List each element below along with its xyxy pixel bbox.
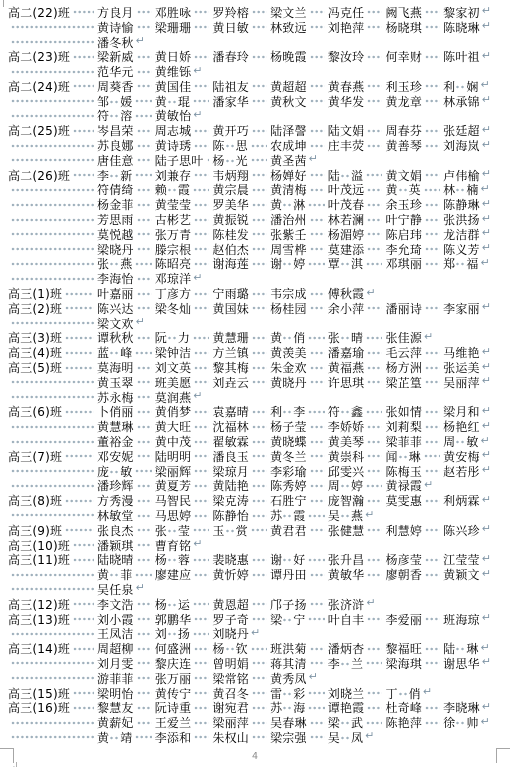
- space-dots: [11, 658, 94, 670]
- space-dots: [282, 198, 293, 210]
- space-dots: [137, 52, 152, 64]
- space-dots: [135, 570, 151, 582]
- space-dots: [11, 67, 94, 79]
- class-label-slot: 高二(25)班: [8, 122, 97, 139]
- name-slot: 黄颖文↵: [443, 566, 491, 583]
- space-dots: [282, 553, 293, 565]
- space-dots: [282, 613, 293, 625]
- space-dots: [11, 229, 94, 241]
- line-break-icon: ↵: [193, 65, 202, 77]
- student-name: 余小萍: [328, 300, 365, 317]
- space-dots: [310, 451, 325, 463]
- space-dots: [137, 422, 152, 434]
- space-dots: [137, 289, 152, 301]
- space-dots: [137, 229, 152, 241]
- space-dots: [194, 570, 209, 582]
- line-break-icon: ↵: [482, 612, 491, 624]
- space-dots: [137, 437, 152, 449]
- space-dots: [137, 703, 152, 715]
- line-break-icon: ↵: [482, 94, 491, 106]
- class-label-slot: [8, 153, 97, 167]
- space-dots: [310, 229, 325, 241]
- space-dots: [137, 629, 152, 641]
- space-dots: [425, 170, 440, 182]
- text-row: 高三(3)班谭秋秋阮力黄慧珊黄俏张晴张佳源↵: [0, 331, 510, 346]
- student-name: 朱权山: [212, 729, 249, 746]
- space-dots: [194, 422, 209, 434]
- space-dots: [455, 183, 466, 195]
- space-dots: [137, 658, 152, 670]
- space-dots: [137, 599, 152, 611]
- space-dots: [135, 111, 151, 123]
- name-slot: 利慧婷: [385, 522, 443, 539]
- space-dots: [137, 481, 152, 493]
- student-name: 覃淇: [328, 255, 363, 272]
- class-label-slot: [8, 508, 97, 522]
- line-break-icon: ↵: [482, 464, 491, 476]
- space-dots: [194, 141, 209, 153]
- student-name: 黄君君: [270, 522, 307, 539]
- name-slot: 黄晓丹: [270, 374, 328, 391]
- name-slot: 谢海莲: [212, 255, 270, 272]
- class-label-slot: [8, 420, 97, 434]
- space-dots: [367, 555, 382, 567]
- space-dots: [137, 644, 152, 656]
- line-break-icon: ↵: [136, 582, 145, 594]
- space-dots: [194, 259, 209, 271]
- name-slot: 刘垚云: [212, 374, 270, 391]
- space-dots: [425, 126, 440, 138]
- space-dots: [137, 215, 152, 227]
- space-dots: [425, 437, 440, 449]
- text-row: 高二(26)班李新刘兼存韦炳翔杨婵好陆溢黄文娟卢伟榆↵: [0, 168, 510, 183]
- line-break-icon: ↵: [482, 523, 491, 535]
- class-label-slot: 高三(16)班: [8, 699, 97, 716]
- text-row: 黄靖李添和朱权山梁宗强吴凤↵: [0, 730, 510, 745]
- space-dots: [252, 244, 267, 256]
- name-slot: 谢思华↵: [443, 655, 491, 672]
- space-dots: [194, 511, 209, 523]
- space-dots: [367, 81, 382, 93]
- text-row: 高二(22)班方良月邓胜咏罗羚榕梁文兰冯克任阙飞燕黎家初↵: [0, 5, 510, 20]
- space-dots: [73, 614, 94, 626]
- space-dots: [109, 568, 120, 580]
- line-break-icon: ↵: [482, 375, 491, 387]
- name-slot: 杨桂园: [270, 300, 328, 317]
- name-slot: 李兰: [328, 655, 386, 672]
- space-dots: [73, 555, 94, 567]
- space-dots: [65, 333, 94, 345]
- text-row: 高二(25)班岑昌荣周志城黄开巧陆泽謦陆文娟周春芬张廷超↵: [0, 123, 510, 138]
- class-label-slot: 高二(26)班: [8, 167, 97, 184]
- space-dots: [109, 465, 120, 477]
- student-name: 谢思华: [443, 655, 480, 672]
- space-dots: [193, 629, 209, 641]
- space-dots: [252, 126, 267, 138]
- space-dots: [366, 481, 382, 493]
- name-slot: 廖建应: [155, 566, 213, 583]
- name-slot: 潘春玲: [212, 48, 270, 65]
- class-label-slot: [8, 242, 97, 256]
- space-dots: [65, 363, 94, 375]
- space-dots: [109, 731, 120, 743]
- class-label: 高三(11)班: [8, 551, 70, 568]
- space-dots: [225, 139, 236, 151]
- space-dots: [193, 185, 209, 197]
- student-name: 梁冬灿: [155, 300, 192, 317]
- space-dots: [252, 732, 267, 744]
- space-dots: [135, 348, 151, 360]
- class-label: 高二(22)班: [8, 4, 70, 21]
- space-dots: [310, 570, 325, 582]
- name-slot: 陈兴珍↵: [443, 522, 491, 539]
- space-dots: [252, 81, 267, 93]
- space-dots: [194, 126, 209, 138]
- space-dots: [252, 52, 267, 64]
- class-label: 高三(2)班: [8, 300, 62, 317]
- name-slot: 叶自丰: [328, 611, 386, 628]
- space-dots: [65, 303, 94, 315]
- space-dots: [367, 229, 382, 241]
- class-label: 高二(26)班: [8, 167, 70, 184]
- space-dots: [425, 22, 440, 34]
- class-label-slot: 高三(5)班: [8, 359, 97, 376]
- student-name: 吴凤: [328, 729, 363, 746]
- space-dots: [367, 22, 382, 34]
- line-break-icon: ↵: [482, 213, 491, 225]
- line-break-icon: ↵: [424, 331, 433, 343]
- space-dots: [310, 303, 325, 315]
- space-dots: [310, 525, 325, 537]
- space-dots: [167, 598, 178, 610]
- name-slot: 杨晚霞: [270, 48, 328, 65]
- space-dots: [11, 481, 94, 493]
- name-slot: 黄华发: [328, 93, 386, 110]
- space-dots: [109, 346, 120, 358]
- space-dots: [252, 673, 267, 685]
- student-name: 杨晚霞: [270, 48, 307, 65]
- space-dots: [11, 259, 94, 271]
- name-slot: 陈艳萍: [385, 714, 443, 731]
- line-break-icon: ↵: [482, 553, 491, 565]
- space-dots: [455, 257, 466, 269]
- space-dots: [167, 95, 178, 107]
- class-label-slot: 高三(14)班: [8, 640, 97, 657]
- text-row: 高三(14)班周超柳何盛洲杨钦班洪菊潘炳杏黎福旺陆琳↵: [0, 641, 510, 656]
- space-dots: [252, 259, 267, 271]
- student-name: 黄忻婷: [212, 566, 249, 583]
- space-dots: [425, 525, 440, 537]
- space-dots: [340, 257, 351, 269]
- student-name: 叶自丰: [328, 611, 365, 628]
- student-name: 林致远: [270, 19, 307, 36]
- space-dots: [252, 96, 267, 108]
- space-dots: [398, 450, 409, 462]
- class-label-slot: [8, 568, 97, 582]
- space-dots: [252, 170, 267, 182]
- text-row: 莫悦越张万青陈桂发张紫壬杨湄婷陈启玮龙洁群↵: [0, 227, 510, 242]
- space-dots: [308, 688, 324, 700]
- space-dots: [425, 363, 440, 375]
- text-row: 高三(7)班邓安妮陆明明潘良玉黄冬兰黄崇科闻琳黄安梅↵: [0, 449, 510, 464]
- space-dots: [11, 392, 94, 404]
- student-name: 李家丽: [443, 300, 480, 317]
- space-dots: [193, 96, 209, 108]
- space-dots: [137, 7, 152, 19]
- space-dots: [425, 303, 440, 315]
- space-dots: [137, 81, 152, 93]
- space-dots: [73, 644, 94, 656]
- text-row: 高三(16)班黎慧友阮诗重谢宛君苏海谭艳霞杜奇峰李晓琳↵: [0, 700, 510, 715]
- space-dots: [194, 496, 209, 508]
- class-label: 高三(5)班: [8, 359, 62, 376]
- class-label-slot: [8, 627, 97, 641]
- line-break-icon: ↵: [482, 242, 491, 254]
- space-dots: [65, 525, 94, 537]
- line-break-icon: ↵: [365, 509, 374, 521]
- name-slot: 郑福↵: [443, 255, 490, 272]
- space-dots: [137, 496, 152, 508]
- name-slot: 黄君君: [270, 522, 328, 539]
- space-dots: [425, 555, 440, 567]
- space-dots: [73, 81, 94, 93]
- class-label-slot: [8, 716, 97, 730]
- space-dots: [310, 644, 325, 656]
- line-break-icon: ↵: [482, 20, 491, 32]
- space-dots: [367, 185, 382, 197]
- text-row: 符溶黄敏怡↵: [0, 109, 510, 124]
- space-dots: [194, 732, 209, 744]
- line-break-icon: ↵: [481, 79, 490, 91]
- class-label-slot: 高三(13)班: [8, 611, 97, 628]
- line-break-icon: ↵: [482, 139, 491, 151]
- name-slot: 林承锦↵: [443, 93, 491, 110]
- space-dots: [135, 466, 151, 478]
- space-dots: [252, 407, 267, 419]
- class-label-slot: 高二(22)班: [8, 4, 97, 21]
- text-row: 黄菲廖建应黄忻婷谭丹田黄敏华廖朝香黄颖文↵: [0, 567, 510, 582]
- space-dots: [425, 244, 440, 256]
- space-dots: [73, 7, 94, 19]
- class-label-slot: [8, 479, 97, 493]
- space-dots: [194, 658, 209, 670]
- crop-mark-bottom-right: [496, 748, 510, 763]
- space-dots: [194, 289, 209, 301]
- student-name: 谢婷: [270, 255, 305, 272]
- class-label-slot: [8, 582, 97, 596]
- class-label-slot: [8, 198, 97, 212]
- space-dots: [252, 451, 267, 463]
- space-dots: [137, 303, 152, 315]
- space-dots: [425, 215, 440, 227]
- space-dots: [282, 701, 293, 713]
- space-dots: [65, 407, 94, 419]
- text-row: 张燕陈昭亮谢海莲谢婷覃淇邓琪丽郑福↵: [0, 257, 510, 272]
- student-name: 廖建应: [155, 566, 192, 583]
- class-label-slot: 高二(23)班: [8, 48, 97, 65]
- space-dots: [310, 126, 325, 138]
- class-label-slot: [8, 435, 97, 449]
- line-break-icon: ↵: [482, 227, 491, 239]
- space-dots: [251, 141, 267, 153]
- space-dots: [340, 716, 351, 728]
- space-dots: [137, 688, 152, 700]
- space-dots: [251, 644, 267, 656]
- class-label-slot: [8, 213, 97, 227]
- space-dots: [11, 185, 94, 197]
- class-label-slot: [8, 65, 97, 79]
- name-slot: 吴凤↵: [328, 729, 375, 746]
- space-dots: [340, 657, 351, 669]
- space-dots: [137, 185, 152, 197]
- student-name: 李爱丽: [385, 611, 422, 628]
- student-name: 利慧婷: [385, 522, 422, 539]
- line-break-icon: ↵: [193, 538, 202, 550]
- text-row: 潘冬秋↵: [0, 35, 510, 50]
- space-dots: [340, 331, 351, 343]
- space-dots: [367, 348, 382, 360]
- student-name: 陈艳萍: [385, 714, 422, 731]
- space-dots: [194, 407, 209, 419]
- text-row: 王凤洁刘扬刘晓丹↵: [0, 626, 510, 641]
- text-row: 黄慧琳黄大旺沈福林杨子莹李娇娇刘莉梨杨艳红↵: [0, 419, 510, 434]
- space-dots: [425, 200, 440, 212]
- space-dots: [425, 348, 440, 360]
- text-row: 苏永梅莫润燕↵: [0, 390, 510, 405]
- space-dots: [137, 673, 152, 685]
- space-dots: [193, 599, 209, 611]
- space-dots: [11, 155, 94, 167]
- space-dots: [252, 570, 267, 582]
- space-dots: [310, 348, 325, 360]
- name-slot: 廖朝香: [385, 566, 443, 583]
- text-row: 高三(13)班刘小霞郭鹏华罗子奇梁宁叶自丰李爱丽班海琼↵: [0, 612, 510, 627]
- space-dots: [207, 155, 210, 167]
- class-label: 高三(14)班: [8, 640, 70, 657]
- text-row: 高三(11)班陆晓晴杨蓉裴晓惠谢好张升昌杨彦莹江莹莹↵: [0, 552, 510, 567]
- space-dots: [137, 155, 152, 167]
- space-dots: [73, 52, 94, 64]
- space-dots: [252, 481, 267, 493]
- space-dots: [398, 687, 409, 699]
- space-dots: [367, 96, 382, 108]
- space-dots: [308, 555, 324, 567]
- space-dots: [252, 496, 267, 508]
- space-dots: [367, 141, 382, 153]
- space-dots: [194, 481, 209, 493]
- space-dots: [65, 289, 94, 301]
- space-dots: [310, 52, 325, 64]
- class-label-slot: [8, 227, 97, 241]
- student-name: 黄颖文: [443, 566, 480, 583]
- space-dots: [310, 185, 325, 197]
- space-dots: [11, 437, 94, 449]
- space-dots: [137, 540, 152, 552]
- class-label-slot: [8, 139, 97, 153]
- student-name: 李添和: [155, 729, 192, 746]
- class-label-slot: [8, 272, 97, 286]
- line-break-icon: ↵: [481, 716, 490, 728]
- name-slot: 李爱丽: [385, 611, 443, 628]
- space-dots: [65, 348, 94, 360]
- student-name: 刘艳萍: [328, 19, 365, 36]
- space-dots: [282, 687, 293, 699]
- line-break-icon: ↵: [481, 642, 490, 654]
- space-dots: [425, 570, 440, 582]
- class-label-slot: [8, 109, 97, 123]
- space-dots: [194, 377, 209, 389]
- name-slot: 何幸财: [385, 48, 443, 65]
- student-name: 刘垚云: [212, 374, 249, 391]
- space-dots: [135, 732, 151, 744]
- space-dots: [194, 703, 209, 715]
- space-dots: [425, 407, 440, 419]
- space-dots: [194, 437, 209, 449]
- student-name: 黄敏华: [328, 566, 365, 583]
- space-dots: [310, 170, 325, 182]
- student-name: 黄善琴: [385, 137, 422, 154]
- student-name: 谢海莲: [212, 255, 249, 272]
- space-dots: [167, 183, 178, 195]
- space-dots: [109, 169, 120, 181]
- line-break-icon: ↵: [482, 198, 491, 210]
- name-slot: 黄善琴: [385, 137, 443, 154]
- space-dots: [73, 170, 94, 182]
- space-dots: [252, 511, 267, 523]
- text-row: 高三(1)班叶嘉丽丁彦方宁雨璐韦宗成傅秋霞↵: [0, 286, 510, 301]
- space-dots: [425, 96, 440, 108]
- line-break-icon: ↵: [481, 435, 490, 447]
- name-slot: 黄日敏: [212, 19, 270, 36]
- name-slot: 朱权山: [212, 729, 270, 746]
- line-break-icon: ↵: [193, 390, 202, 402]
- space-dots: [135, 259, 151, 271]
- space-dots: [367, 126, 382, 138]
- text-row: 高三(10)班潘颖琪曹育铭↵: [0, 538, 510, 553]
- student-name: 张健慧: [328, 522, 365, 539]
- student-name: 李兰: [328, 655, 363, 672]
- name-slot: 庄丰荧: [328, 137, 386, 154]
- space-dots: [137, 244, 152, 256]
- space-dots: [252, 348, 267, 360]
- student-name: 邓琪丽: [385, 255, 422, 272]
- space-dots: [252, 363, 267, 375]
- line-break-icon: ↵: [193, 272, 202, 284]
- space-dots: [194, 644, 209, 656]
- space-dots: [425, 496, 440, 508]
- space-dots: [340, 731, 351, 743]
- name-slot: 黄国妹: [212, 300, 270, 317]
- space-dots: [310, 7, 325, 19]
- space-dots: [11, 422, 94, 434]
- space-dots: [340, 169, 351, 181]
- name-slot: 利炳霖↵: [443, 492, 491, 509]
- student-name: 梁珊珊: [155, 19, 192, 36]
- line-break-icon: ↵: [482, 50, 491, 62]
- line-break-icon: ↵: [136, 316, 145, 328]
- space-dots: [225, 154, 236, 166]
- space-dots: [194, 200, 209, 212]
- name-slot: 黄靖: [97, 729, 155, 746]
- name-slot: 梁海琪: [385, 655, 443, 672]
- space-dots: [367, 437, 382, 449]
- space-dots: [424, 185, 440, 197]
- text-row: 高三(15)班梁明怡黄传宁黄召冬雷彩刘晓兰丁俏↵: [0, 686, 510, 701]
- text-row: 高三(5)班莫海明刘文英黎其梅朱金欢黄福燕杨方洲张运美↵: [0, 360, 510, 375]
- name-slot: 余小萍: [328, 300, 386, 317]
- text-row: 高二(23)班梁新威黄日娇潘春玲杨晚霞黎汝玲何幸财陈叶祖↵: [0, 49, 510, 64]
- space-dots: [194, 81, 209, 93]
